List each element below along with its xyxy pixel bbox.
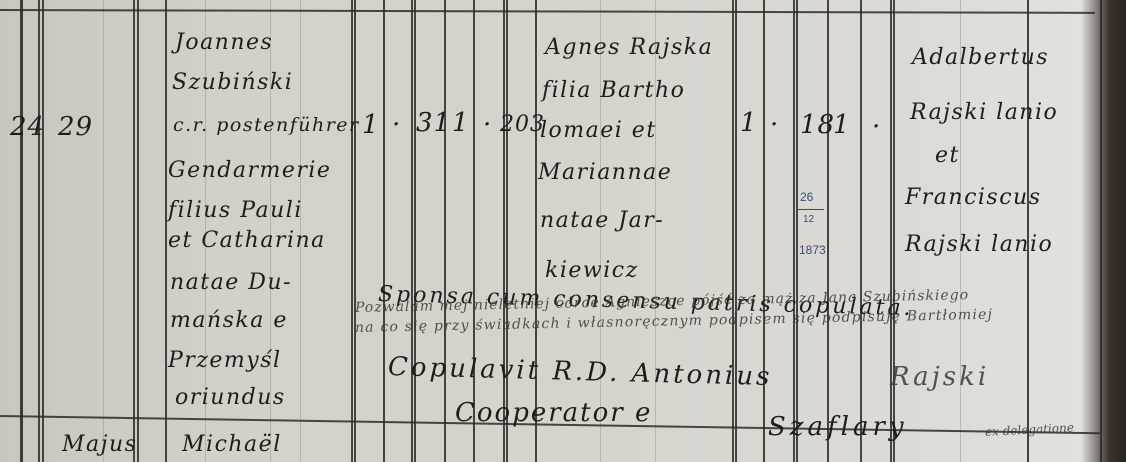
column-line [735,0,737,462]
groom-line: c.r. postenführer [173,114,360,136]
bride-marker: 1 [740,108,758,138]
next-entry-groom: Michaël [182,432,282,457]
witness-line: et [935,143,960,168]
groom-line: et Catharina [168,228,326,253]
bride-line: kiewicz [545,258,639,283]
bride-marker: · [872,112,881,142]
groom-marker: 1 [452,108,470,138]
father-signature: Rajski [890,362,989,392]
groom-marker: 203 [500,112,545,137]
column-line [137,0,139,462]
groom-marker: 1 [362,110,380,140]
groom-line: Gendarmerie [168,158,331,183]
birth-month: 12 [803,214,814,225]
column-line [411,0,413,462]
groom-line: mańska e [170,308,288,333]
column-line [473,0,475,462]
groom-line: natae Du- [170,270,292,295]
column-line [354,0,356,462]
column-line [165,0,167,462]
house-number: 29 [58,112,93,142]
column-line [827,0,829,462]
column-line [42,0,44,462]
column-line [732,0,734,462]
bride-age: 18 [800,110,835,140]
column-line [793,0,795,462]
witness-line: Rajski lanio [905,232,1053,257]
groom-marker: · [392,110,401,140]
column-line [1100,0,1102,462]
groom-line: Szubiński [172,70,293,95]
column-line [444,0,446,462]
column-line [20,0,23,462]
bride-line: Mariannae [538,160,672,185]
officiant-line-2: Cooperator e [455,398,652,428]
column-line [133,0,135,462]
bride-line: filia Bartho [542,78,685,103]
next-entry-month: Majus [62,432,137,457]
witness-line: Adalbertus [912,45,1049,70]
birth-year: 1873 [799,243,826,257]
witness-line: Franciscus [905,185,1042,210]
groom-marker: · [483,110,492,140]
groom-age: 31 [416,108,451,138]
officiant-note: ex delegatione [985,420,1075,439]
column-line [414,0,416,462]
groom-line: Przemyśl [168,348,282,373]
column-line [890,0,892,462]
bride-line: lomaei et [540,118,657,143]
bride-marker: 1 [833,110,851,140]
bride-marker: · [770,110,779,140]
column-line [535,0,537,462]
column-line [860,0,862,462]
entry-number: 24 [10,112,45,142]
bride-line: Agnes Rajska [545,35,713,60]
groom-line: oriundus [175,385,286,410]
birth-day: 26 [800,190,813,204]
column-line [506,0,508,462]
column-line [893,0,895,462]
officiant-name: Szaflary [768,412,908,442]
groom-line: filius Pauli [168,198,303,223]
column-line [763,0,765,462]
column-line [351,0,353,462]
column-line [796,0,798,462]
groom-line: Joannes [175,30,273,55]
bride-line: natae Jar- [540,208,664,233]
column-line [38,0,40,462]
fraction-line [798,209,824,210]
column-line [383,0,385,462]
column-line [103,0,104,462]
column-line [503,0,505,462]
witness-line: Rajski lanio [910,100,1058,125]
